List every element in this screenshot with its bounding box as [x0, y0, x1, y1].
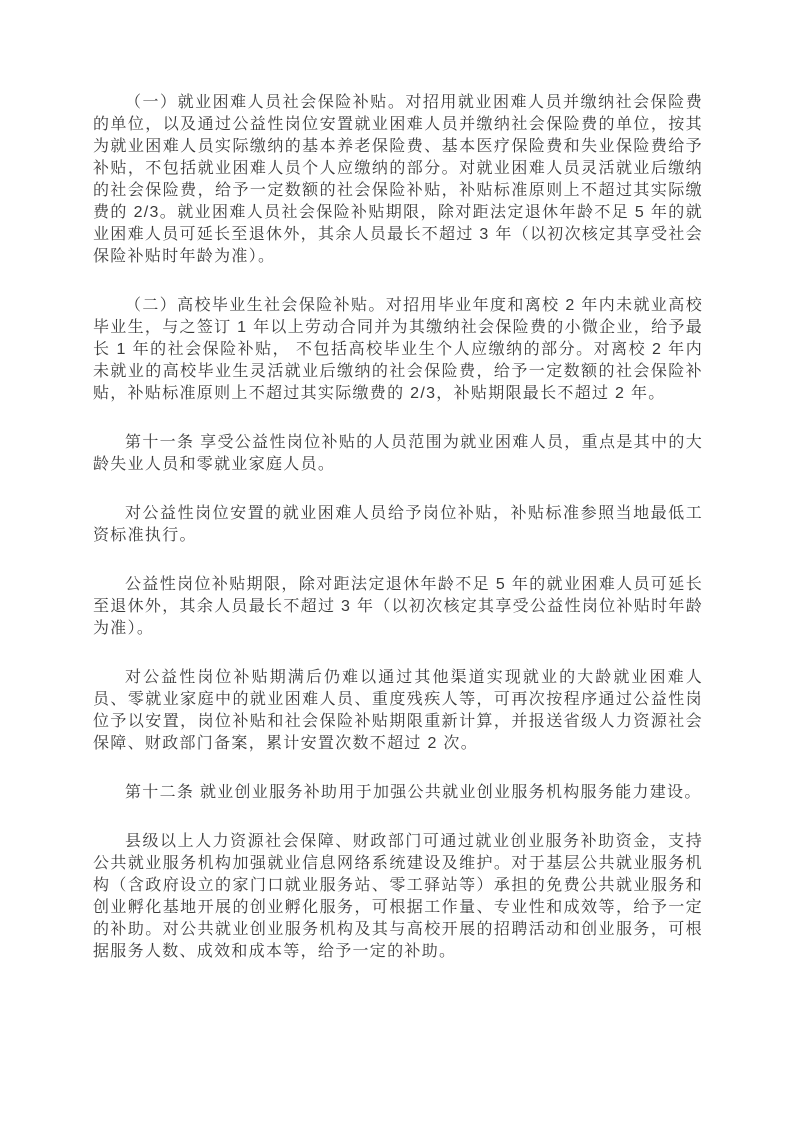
- paragraph-social-insurance-subsidy-difficult-persons: （一）就业困难人员社会保险补贴。对招用就业困难人员并缴纳社会保险费的单位，以及通…: [93, 92, 703, 268]
- paragraph-service-subsidy-usage: 县级以上人力资源社会保障、财政部门可通过就业创业服务补助资金，支持公共就业服务机…: [93, 831, 703, 963]
- paragraph-article-12: 第十二条 就业创业服务补助用于加强公共就业创业服务机构服务能力建设。: [93, 782, 703, 804]
- paragraph-post-subsidy-duration: 公益性岗位补贴期限，除对距法定退休年龄不足 5 年的就业困难人员可延长至退休外，…: [93, 574, 703, 640]
- paragraph-social-insurance-subsidy-graduates: （二）高校毕业生社会保险补贴。对招用毕业年度和离校 2 年内未就业高校毕业生，与…: [93, 295, 703, 405]
- document-page: （一）就业困难人员社会保险补贴。对招用就业困难人员并缴纳社会保险费的单位，以及通…: [93, 92, 703, 990]
- paragraph-post-subsidy-reassignment: 对公益性岗位补贴期满后仍难以通过其他渠道实现就业的大龄就业困难人员、零就业家庭中…: [93, 667, 703, 755]
- paragraph-article-11: 第十一条 享受公益性岗位补贴的人员范围为就业困难人员，重点是其中的大龄失业人员和…: [93, 432, 703, 476]
- paragraph-post-subsidy-standard: 对公益性岗位安置的就业困难人员给予岗位补贴，补贴标准参照当地最低工资标准执行。: [93, 503, 703, 547]
